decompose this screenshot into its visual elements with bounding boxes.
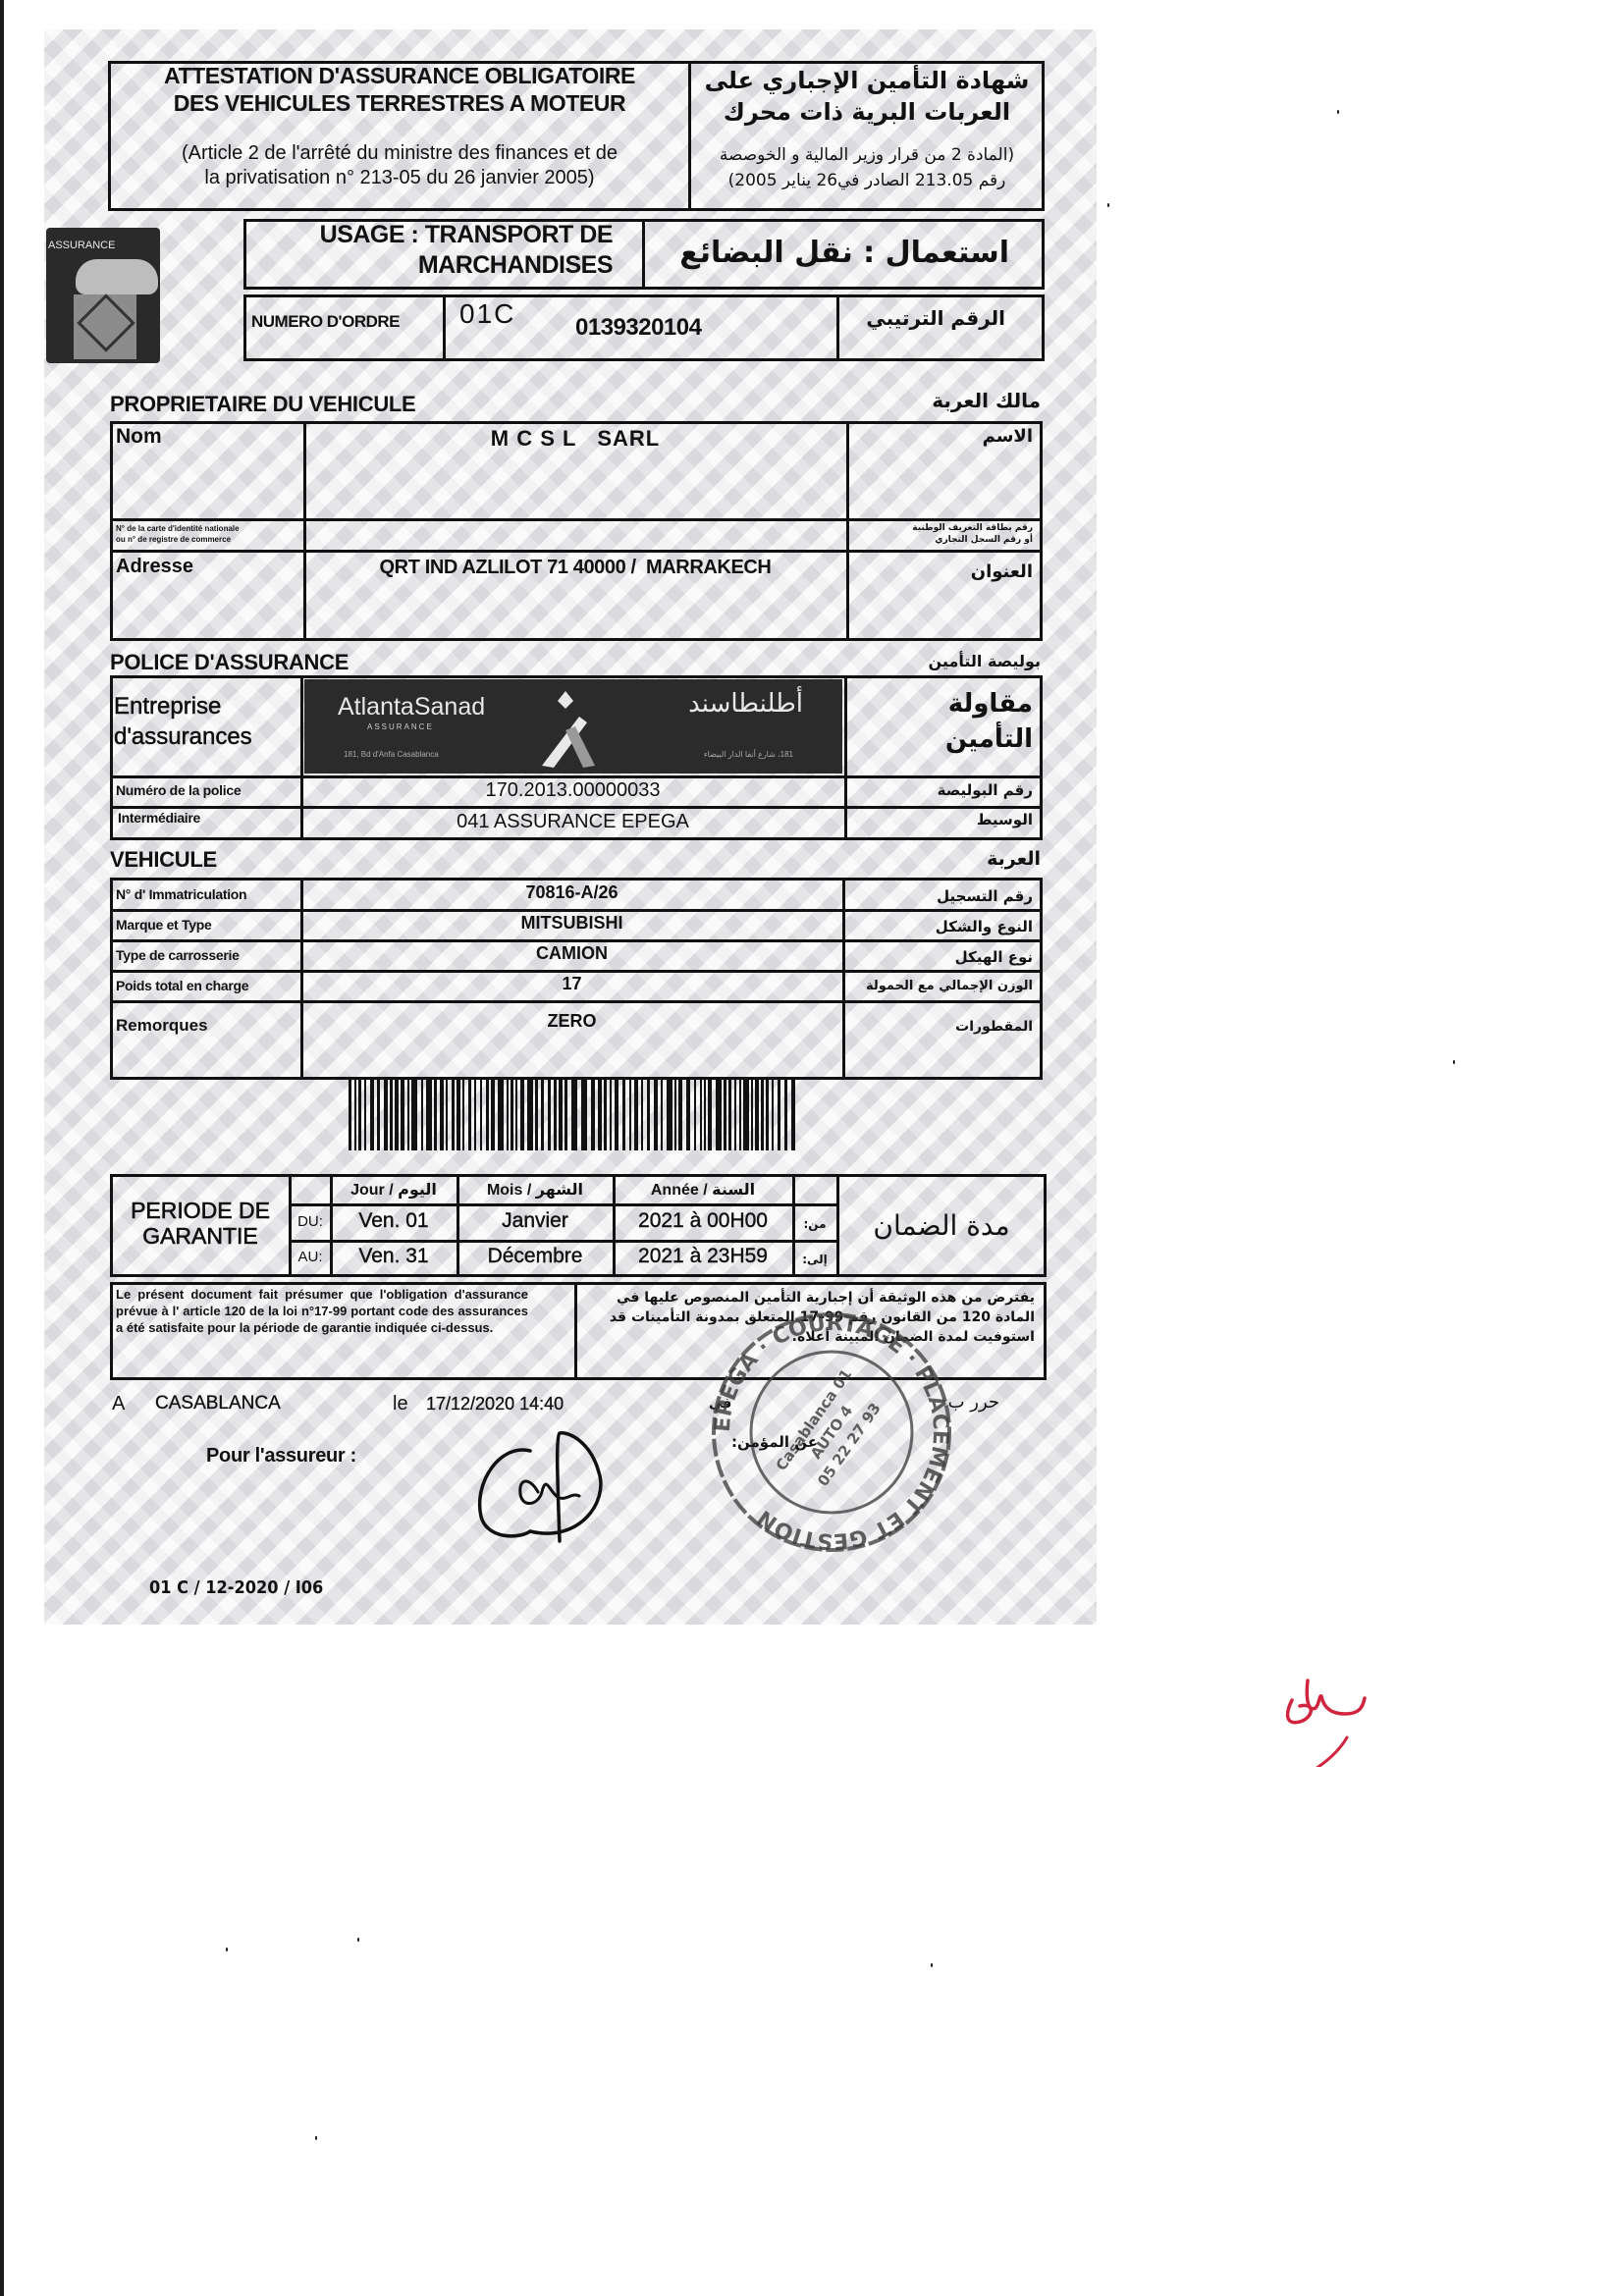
document-reference: 01 C / 12-2020 / I06 [149, 1577, 323, 1598]
vehicle-row-divider-2 [110, 939, 1043, 942]
insurer-logo-banner: AtlantaSanad ASSURANCE 181, Bd d'Anfa Ca… [304, 679, 842, 774]
vehicle-make-label-ar: النوع والشكل [848, 918, 1033, 935]
company-stamp-icon: EPEGA · COURTAGE · PLACEMENT ET GESTION … [705, 1306, 958, 1559]
handwritten-initials-icon [1257, 1659, 1404, 1767]
emblem-label: ASSURANCE [48, 240, 115, 251]
barcode-icon [349, 1080, 800, 1150]
legal-divider [574, 1282, 577, 1380]
scan-speck [1453, 1060, 1455, 1064]
vehicle-row-divider-4 [110, 1000, 1043, 1003]
vehicle-weight-value: 17 [303, 974, 840, 994]
guarantee-row-divider-1 [289, 1203, 836, 1206]
owner-name-value: M C S L SARL [306, 426, 844, 452]
insurer-brand-en: AtlantaSanad [338, 693, 485, 721]
vehicle-registration-label-ar: رقم التسجيل [848, 887, 1033, 905]
order-label-ar: الرقم الترتيبي [844, 306, 1005, 330]
owner-col-divider-2 [846, 421, 849, 641]
header-title-ar-2: العربات البرية ذات محرك [693, 96, 1041, 128]
vehicle-trailers-label-ar: المقطورات [848, 1019, 1033, 1035]
from-day: Ven. 01 [333, 1209, 455, 1233]
scan-speck [931, 1963, 933, 1967]
scan-speck [315, 2136, 317, 2140]
owner-id-label-1: N° de la carte d'identité nationale [116, 524, 240, 534]
vehicle-row-divider-1 [110, 909, 1043, 912]
owner-section-title-ar: مالك العربة [805, 389, 1041, 412]
owner-address-value: QRT IND AZLILOT 71 40000 / MARRAKECH [306, 557, 844, 579]
scan-speck [357, 1938, 359, 1942]
policy-number-label: Numéro de la police [116, 782, 241, 798]
insurer-brand-ar: أطلنطاسند [688, 689, 803, 719]
scan-speck [226, 1948, 228, 1951]
issue-place: CASABLANCA [155, 1393, 281, 1415]
header-subtitle-ar-2: رقم 213.05 الصادر في26 يناير 2005) [693, 169, 1041, 192]
vehicle-row-divider-3 [110, 970, 1043, 973]
vehicle-registration-label: N° d' Immatriculation [116, 886, 246, 902]
scan-speck [1107, 203, 1109, 207]
owner-row-divider-2 [110, 550, 1043, 553]
owner-name-label: Nom [116, 425, 162, 449]
issue-date-prefix: le [393, 1393, 408, 1415]
policy-section-title: POLICE D'ASSURANCE [110, 650, 349, 675]
vehicle-weight-label: Poids total en charge [116, 978, 248, 993]
col-month-header: Mois / الشهر [459, 1180, 611, 1200]
from-month: Janvier [459, 1209, 611, 1233]
insurer-brand-en-sub: ASSURANCE [367, 722, 434, 731]
vehicle-trailers-label: Remorques [116, 1016, 208, 1036]
vehicle-section-title-ar: العربة [805, 848, 1041, 870]
vehicle-registration-value: 70816-A/26 [303, 882, 840, 903]
car-shape-icon [76, 259, 158, 294]
guarantee-label-ar: مدة الضمان [839, 1209, 1044, 1242]
owner-col-divider-1 [303, 421, 306, 641]
owner-id-label-ar-1: رقم بطاقة التعريف الوطنية [850, 523, 1033, 533]
owner-address-label: Adresse [116, 556, 193, 578]
owner-section-title: PROPRIETAIRE DU VEHICULE [110, 392, 415, 417]
company-label-ar-2: التأمين [850, 724, 1033, 754]
intermediary-label-ar: الوسيط [850, 811, 1033, 828]
intermediary-label: Intermédiaire [118, 810, 200, 826]
scan-edge [0, 0, 4, 2296]
policy-row-divider-2 [110, 806, 1043, 809]
order-number: 0139320104 [575, 314, 701, 342]
to-month: Décembre [459, 1245, 611, 1268]
owner-name-label-ar: الاسم [850, 426, 1033, 447]
vehicle-weight-label-ar: الوزن الإجمالي مع الحمولة [848, 979, 1033, 993]
policy-row-divider-1 [110, 775, 1043, 778]
vehicle-col-divider-2 [842, 878, 845, 1080]
to-year: 2021 à 23H59 [616, 1245, 790, 1268]
company-label-fr-1: Entreprise [114, 693, 221, 721]
issue-datetime: 17/12/2020 14:40 [426, 1394, 564, 1415]
insurer-logo-mark-icon [536, 687, 599, 770]
owner-id-label-2: ou n° de registre de commerce [116, 535, 231, 545]
vehicle-body-label: Type de carrosserie [116, 947, 240, 963]
company-label-fr-2: d'assurances [114, 723, 252, 751]
header-title-fr-2: DES VEHICULES TERRESTRES A MOTEUR [113, 90, 686, 117]
header-divider [688, 61, 691, 211]
assurance-emblem-icon: ASSURANCE [46, 228, 160, 363]
col-year-header: Année / السنة [616, 1180, 790, 1200]
for-insurer-label: Pour l'assureur : [206, 1445, 356, 1468]
header-subtitle-fr-1: (Article 2 de l'arrêté du ministre des f… [113, 141, 686, 166]
vehicle-section-title: VEHICULE [110, 847, 217, 873]
header-title-ar-1: شهادة التأمين الإجباري على [693, 65, 1041, 96]
guarantee-row-divider-2 [289, 1240, 836, 1243]
intermediary-value: 041 ASSURANCE EPEGA [303, 811, 842, 833]
company-label-ar-1: مقاولة [850, 689, 1033, 719]
owner-id-label-ar-2: أو رقم السجل التجاري [850, 535, 1033, 545]
policy-number-value: 170.2013.00000033 [303, 779, 842, 802]
guarantee-label-fr-2: GARANTIE [113, 1223, 288, 1250]
to-day: Ven. 31 [333, 1245, 455, 1268]
usage-label-fr-1: USAGE : TRANSPORT DE [247, 221, 613, 249]
for-insurer-label-ar: عن المؤمن: [731, 1433, 818, 1451]
owner-address-label-ar: العنوان [850, 561, 1033, 582]
order-series: 01C [459, 298, 515, 330]
guarantee-label-fr-1: PERIODE DE [113, 1198, 288, 1224]
from-prefix: DU: [292, 1213, 329, 1230]
vehicle-body-label-ar: نوع الهيكل [848, 948, 1033, 966]
legal-text-fr: Le présent document fait présumer que l'… [116, 1286, 528, 1336]
vehicle-make-value: MITSUBISHI [303, 913, 840, 934]
order-label-fr: NUMERO D'ORDRE [251, 312, 400, 332]
col-day-header: Jour / اليوم [333, 1180, 455, 1200]
signature-icon [461, 1423, 618, 1551]
vehicle-make-label: Marque et Type [116, 917, 211, 933]
policy-number-label-ar: رقم البوليصة [850, 781, 1033, 799]
issue-place-prefix: A [112, 1393, 125, 1415]
usage-label-fr-2: MARCHANDISES [247, 251, 613, 280]
to-prefix: AU: [292, 1249, 329, 1265]
order-divider-1 [443, 294, 446, 361]
order-divider-2 [836, 294, 839, 361]
usage-divider [642, 219, 645, 290]
insurer-address-fr: 181, Bd d'Anfa Casablanca [344, 750, 439, 759]
policy-col-divider-2 [844, 675, 847, 840]
header-title-fr-1: ATTESTATION D'ASSURANCE OBLIGATOIRE [113, 63, 686, 89]
from-prefix-ar: من: [795, 1217, 834, 1231]
to-prefix-ar: إلى: [795, 1253, 834, 1266]
vehicle-body-value: CAMION [303, 943, 840, 964]
scan-speck [1337, 110, 1339, 114]
header-subtitle-fr-2: la privatisation n° 213-05 du 26 janvier… [113, 166, 686, 190]
insurer-address-ar: 181، شارع أنفا الدار البيضاء [704, 750, 793, 759]
policy-section-title-ar: بوليصة التأمين [805, 652, 1041, 670]
from-year: 2021 à 00H00 [616, 1209, 790, 1233]
usage-label-ar: استعمال : نقل البضائع [648, 236, 1009, 270]
vehicle-trailers-value: ZERO [303, 1011, 840, 1032]
header-subtitle-ar-1: (المادة 2 من قرار وزير المالية و الخوصصة [693, 143, 1041, 167]
owner-row-divider-1 [110, 518, 1043, 521]
